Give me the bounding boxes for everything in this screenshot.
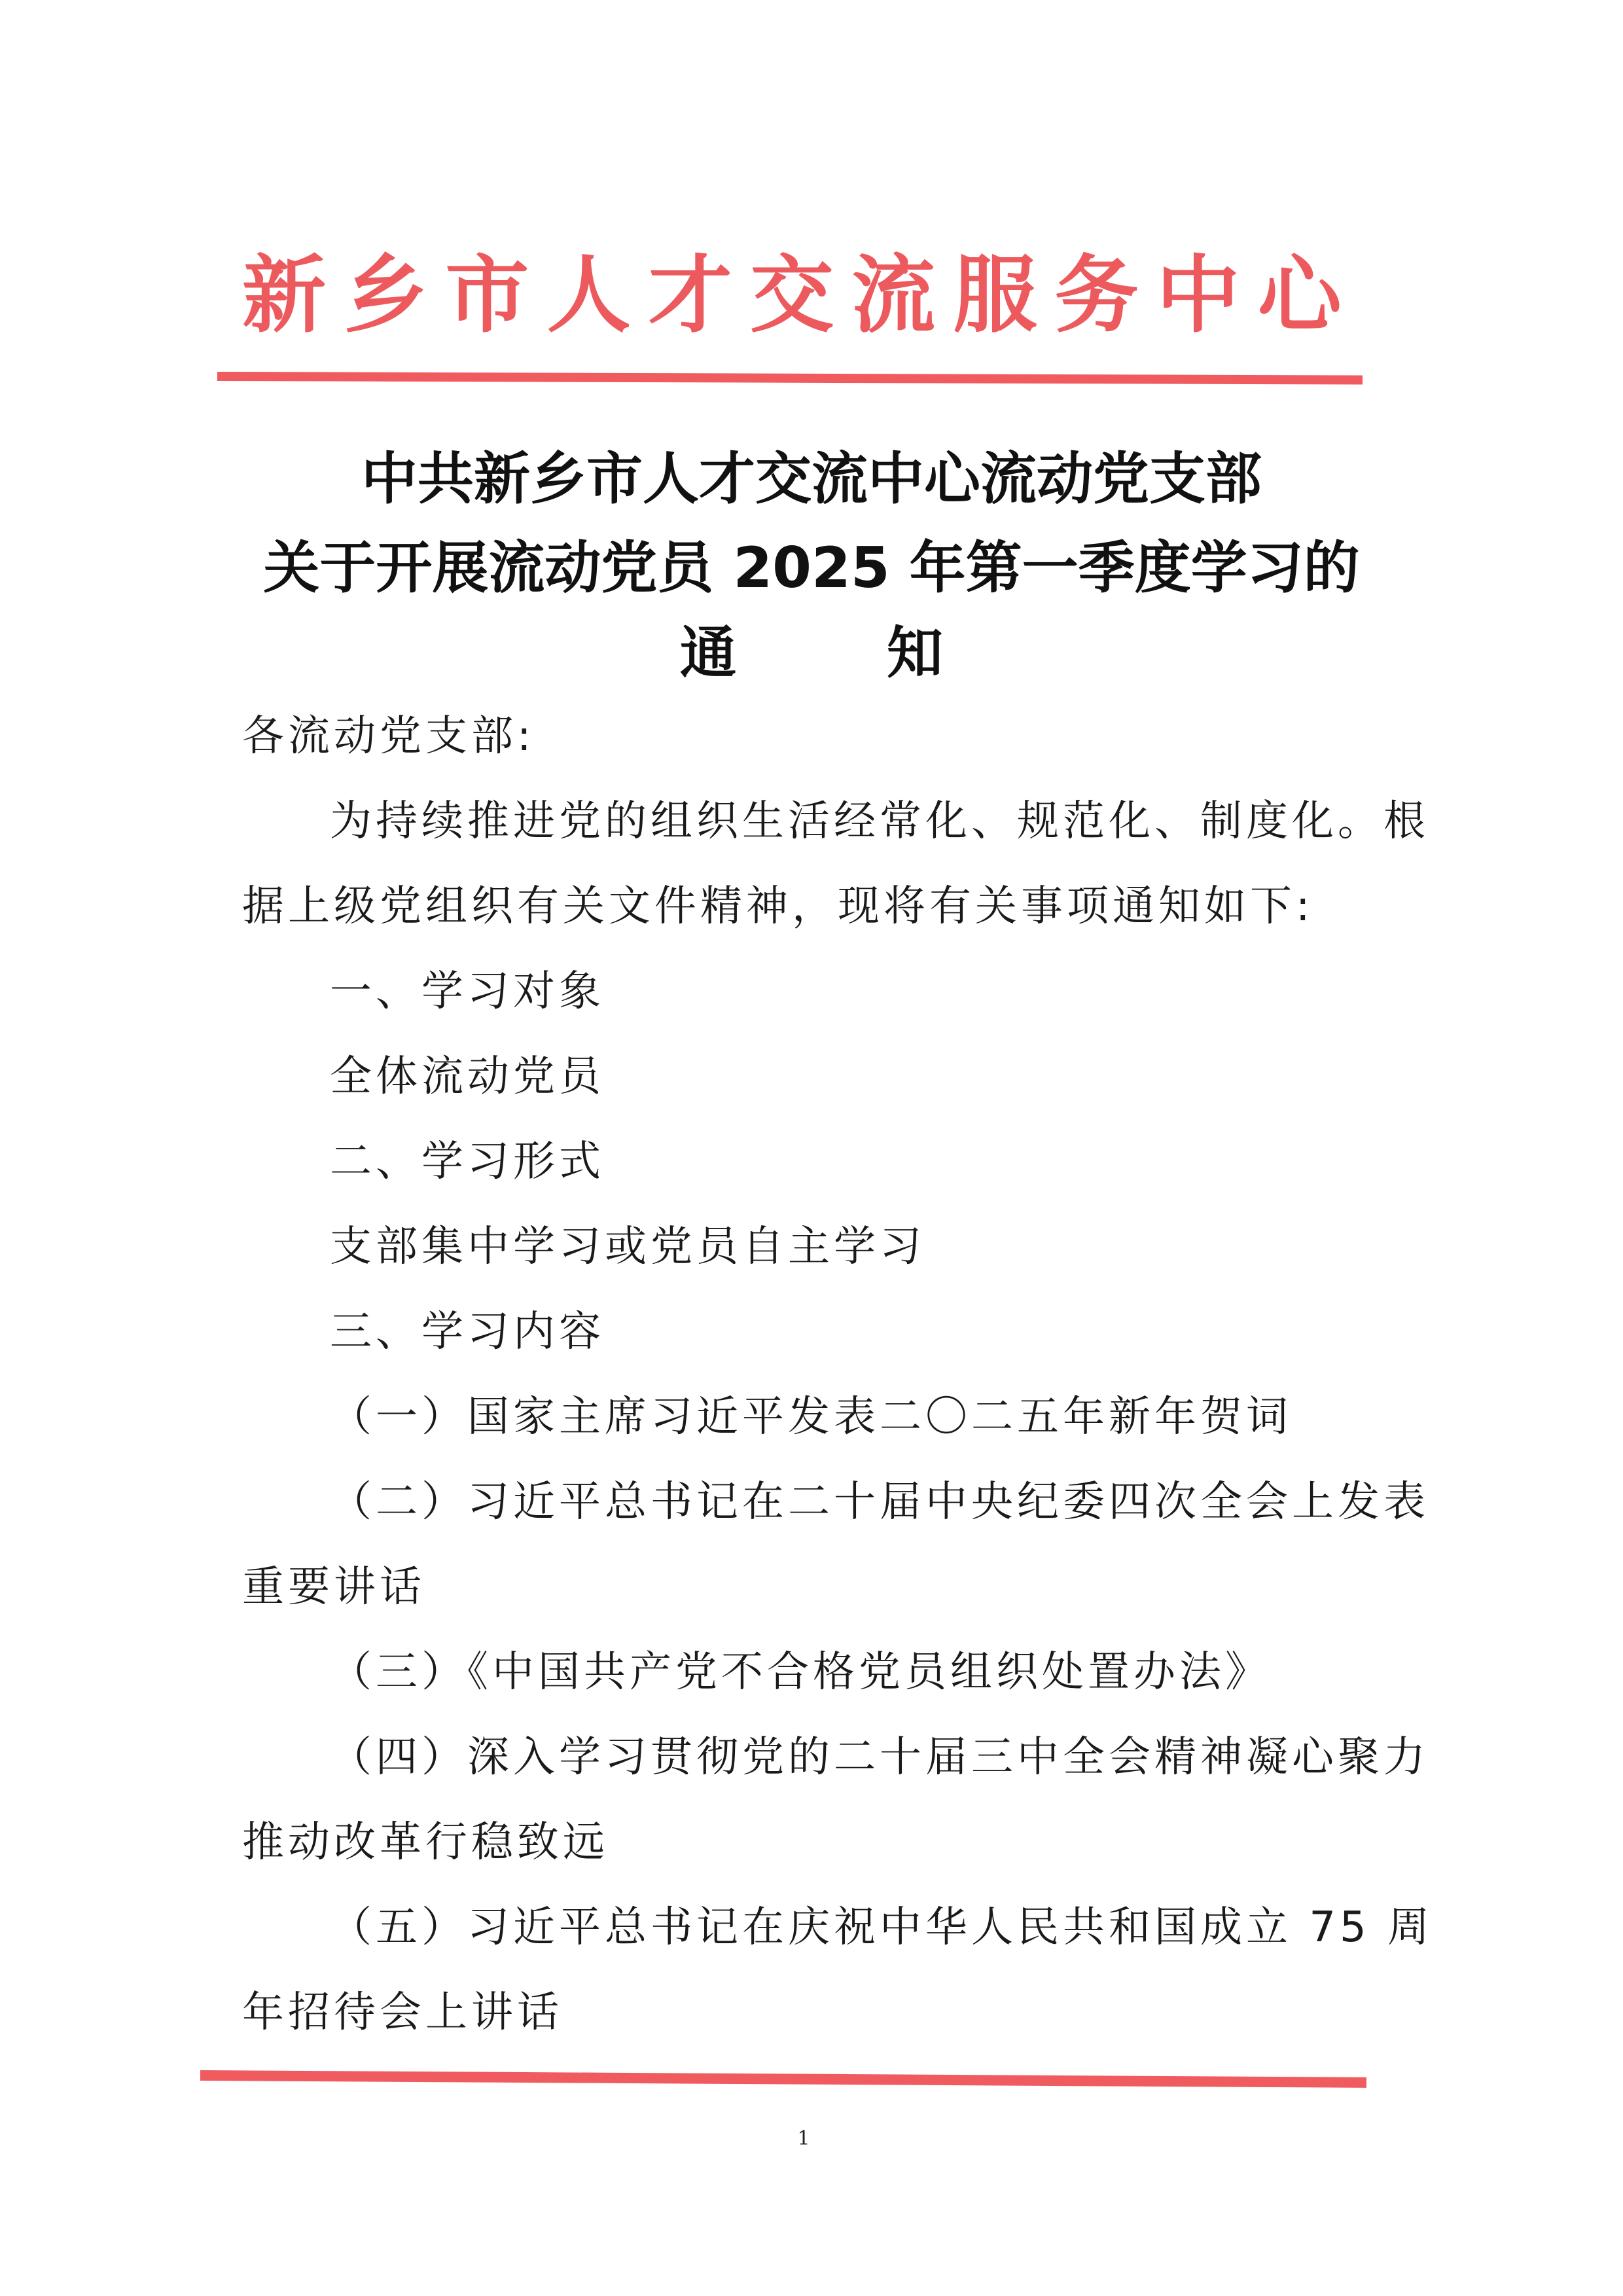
masthead-organization-name: 新 乡 市 人 才 交 流 服 务 中 心 <box>242 236 1342 340</box>
study-item-5-line-2: 年招待会上讲话 <box>242 1986 1381 2039</box>
masthead-char: 新 <box>242 228 326 348</box>
masthead-char: 才 <box>649 228 732 348</box>
section-content-1: 全体流动党员 <box>330 1050 1469 1103</box>
study-item-5-line-1: （五）习近平总书记在庆祝中华人民共和国成立 75 周 <box>330 1901 1469 1954</box>
intro-line-1: 为持续推进党的组织生活经常化、规范化、制度化。根 <box>330 795 1469 848</box>
document-title-line-1: 中共新乡市人才交流中心流动党支部 <box>0 446 1623 512</box>
masthead-char: 流 <box>851 228 935 348</box>
document-page: 新 乡 市 人 才 交 流 服 务 中 心 中共新乡市人才交流中心流动党支部 关… <box>0 0 1623 2296</box>
intro-line-2: 据上级党组织有关文件精神，现将有关事项通知如下: <box>242 880 1381 933</box>
document-title-line-2: 关于开展流动党员 2025 年第一季度学习的 <box>0 535 1623 601</box>
masthead-char: 务 <box>1055 228 1139 348</box>
salutation: 各流动党支部: <box>242 710 1381 762</box>
masthead-char: 交 <box>750 228 834 348</box>
masthead-red-divider <box>217 372 1363 384</box>
document-title-line-3: 通知 <box>0 620 1623 686</box>
section-heading-2: 二、学习形式 <box>330 1136 1469 1188</box>
title-notice-char-1: 通 <box>680 620 736 686</box>
masthead-char: 乡 <box>344 228 427 348</box>
study-item-2-line-1: （二）习近平总书记在二十届中央纪委四次全会上发表 <box>330 1476 1469 1528</box>
section-content-2: 支部集中学习或党员自主学习 <box>330 1221 1469 1273</box>
section-heading-3: 三、学习内容 <box>330 1306 1469 1358</box>
masthead-char: 市 <box>445 228 529 348</box>
study-item-2-line-2: 重要讲话 <box>242 1561 1381 1613</box>
masthead-char: 中 <box>1156 228 1240 348</box>
study-item-1: （一）国家主席习近平发表二〇二五年新年贺词 <box>330 1391 1469 1443</box>
page-number: 1 <box>794 2127 813 2150</box>
masthead-char: 人 <box>547 228 631 348</box>
footer-red-divider <box>200 2070 1366 2088</box>
study-item-4-line-1: （四）深入学习贯彻党的二十届三中全会精神凝心聚力 <box>330 1731 1469 1784</box>
study-item-3: （三）《中国共产党不合格党员组织处置办法》 <box>330 1646 1469 1698</box>
masthead-char: 心 <box>1258 228 1342 348</box>
section-heading-1: 一、学习对象 <box>330 965 1469 1018</box>
title-notice-char-2: 知 <box>887 620 943 686</box>
study-item-4-line-2: 推动改革行稳致远 <box>242 1816 1381 1869</box>
masthead-char: 服 <box>953 228 1037 348</box>
